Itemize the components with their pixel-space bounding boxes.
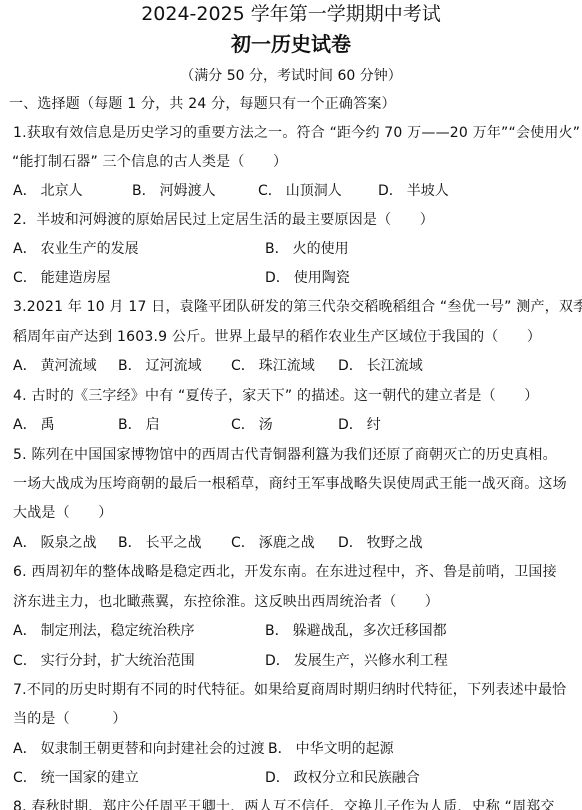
- question-4-option-c: C．汤: [231, 416, 273, 434]
- question-6-option-a: A．制定刑法，稳定统治秩序: [13, 622, 195, 640]
- question-4-line-1: 4. 古时的《三字经》中有 “夏传子，家天下” 的描述。这一朝代的建立者是（ ）: [13, 387, 538, 405]
- question-2-line-1: 2．半坡和河姆渡的原始居民过上定居生活的最主要原因是（ ）: [13, 211, 434, 229]
- question-3-line-1: 3.2021 年 10 月 17 日，袁隆平团队研发的第三代杂交稻晚稻组合 “叁…: [13, 298, 582, 316]
- question-2-option-b: B．火的使用: [265, 240, 349, 258]
- question-6-line-1: 6. 西周初年的整体战略是稳定西北，开发东南。在东进过程中，齐、鲁是前哨，卫国接: [13, 563, 557, 581]
- question-3-option-a: A．黄河流域: [13, 357, 97, 375]
- question-6-line-2: 济东进主力，也北瞰燕翼，东控徐淮。这反映出西周统治者（ ）: [13, 593, 439, 611]
- question-7-line-2: 当的是（ ）: [13, 710, 127, 728]
- question-6-option-c: C．实行分封，扩大统治范围: [13, 652, 195, 670]
- question-5-line-1: 5. 陈列在中国国家博物馆中的西周古代青铜器利簋为我们还原了商朝灭亡的历史真相。: [13, 446, 557, 464]
- exam-subtitle: 初一历史试卷: [0, 31, 582, 57]
- question-1-option-b: B．河姆渡人: [132, 182, 216, 200]
- section-heading: 一、选择题（每题 1 分，共 24 分，每题只有一个正确答案）: [9, 95, 396, 113]
- question-4-option-a: A．禹: [13, 416, 55, 434]
- question-1-option-a: A．北京人: [13, 182, 83, 200]
- question-8-line-1: 8. 春秋时期，郑庄公任周平王卿士，两人互不信任，交换儿子作为人质，史称 “周郑…: [13, 798, 555, 810]
- question-4-option-b: B．启: [118, 416, 160, 434]
- question-2-option-d: D．使用陶瓷: [265, 269, 350, 287]
- question-1-line-2: “能打制石器” 三个信息的古人类是（ ）: [12, 153, 287, 171]
- question-6-option-b: B．躲避战乱，多次迁移国都: [265, 622, 447, 640]
- question-5-option-a: A．阪泉之战: [13, 534, 97, 552]
- question-3-option-c: C．珠江流域: [231, 357, 315, 375]
- exam-title: 2024-2025 学年第一学期期中考试: [0, 2, 582, 26]
- question-5-option-b: B．长平之战: [118, 534, 202, 552]
- question-5-line-3: 大战是（ ）: [13, 504, 112, 522]
- question-1-option-d: D．半坡人: [378, 182, 449, 200]
- question-4-option-d: D．纣: [338, 416, 381, 434]
- question-2-option-c: C．能建造房屋: [13, 269, 111, 287]
- question-3-option-d: D．长江流域: [338, 357, 423, 375]
- question-1-line-1: 1.获取有效信息是历史学习的重要方法之一。符合 “距今约 70 万——20 万年…: [13, 124, 580, 142]
- question-5-line-2: 一场大战成为压垮商朝的最后一根稻草，商纣王军事战略失误使周武王能一战灭商。这场: [13, 475, 567, 493]
- question-3-option-b: B．辽河流域: [118, 357, 202, 375]
- question-6-option-d: D．发展生产，兴修水利工程: [265, 652, 448, 670]
- question-7-option-d: D．政权分立和民族融合: [265, 769, 420, 787]
- question-3-line-2: 稻周年亩产达到 1603.9 公斤。世界上最早的稻作农业生产区域位于我国的（ ）: [13, 328, 541, 346]
- question-7-option-c: C．统一国家的建立: [13, 769, 139, 787]
- exam-note: （满分 50 分，考试时间 60 分钟）: [0, 66, 582, 86]
- question-5-option-c: C．涿鹿之战: [231, 534, 315, 552]
- question-7-option-b: B．中华文明的起源: [268, 740, 394, 758]
- question-5-option-d: D．牧野之战: [338, 534, 423, 552]
- question-7-line-1: 7.不同的历史时期有不同的时代特征。如果给夏商周时期归纳时代特征，下列表述中最恰: [13, 681, 566, 699]
- question-1-option-c: C．山顶洞人: [258, 182, 342, 200]
- question-7-option-a: A．奴隶制王朝更替和向封建社会的过渡: [13, 740, 265, 758]
- question-2-option-a: A．农业生产的发展: [13, 240, 139, 258]
